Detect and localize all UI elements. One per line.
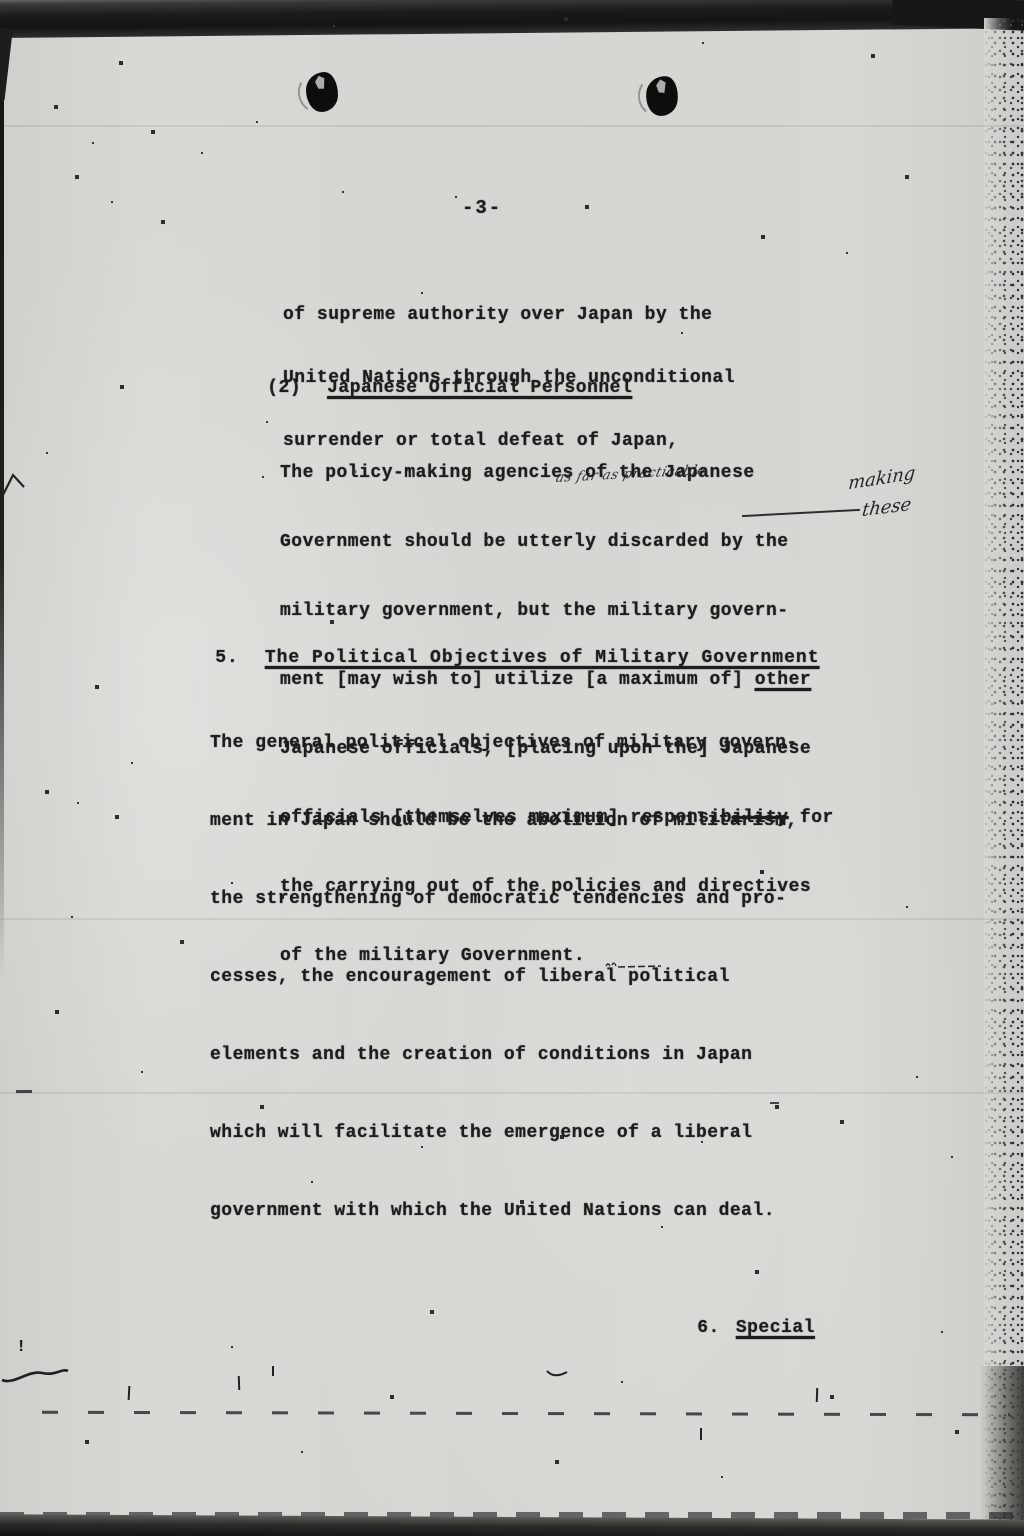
section-number: 6. (697, 1318, 720, 1338)
scan-mark (272, 1366, 274, 1376)
handwritten-curve-mark (545, 1368, 571, 1382)
subsection-heading-japanese-official-personnel: (2)Japanese Official Personnel (222, 358, 632, 418)
scan-noise-specks (0, 0, 2, 2)
scan-scribble-mark (603, 960, 665, 972)
scan-mark (16, 1090, 32, 1093)
scan-mark (238, 1376, 240, 1390)
text-line: government with which the United Nations… (210, 1198, 798, 1224)
scan-artifact-bottom-right-corner (972, 1366, 1024, 1536)
scan-artifact-right-edge (984, 18, 1024, 1536)
perforation-dash-line (42, 1411, 1010, 1417)
scan-artifact-top-band (0, 0, 1024, 38)
paper-fastener-hole-icon (644, 74, 680, 117)
scanned-document-page: -3- of supreme authority over Japan by t… (0, 0, 1024, 1536)
handwritten-ditto-mark: " (352, 468, 358, 482)
text-line: Government should be utterly discarded b… (280, 531, 834, 554)
text-line: The general political objectives of mili… (210, 730, 798, 756)
section-title: Special (736, 1318, 815, 1338)
handwritten-margin-note: making (847, 462, 916, 494)
subsection-number: (2) (267, 378, 301, 398)
scan-artifact-left-blob (0, 28, 13, 100)
scan-mark (700, 1428, 702, 1440)
section-number: 5. (215, 648, 239, 668)
text-line: cesses, the encouragement of liberal pol… (210, 964, 798, 990)
section-heading-special: 6.Special (652, 1298, 815, 1358)
subsection-title: Japanese Official Personnel (327, 378, 632, 398)
handwritten-caret-mark (0, 470, 30, 502)
stray-exclamation-mark: ! (16, 1338, 26, 1357)
page-number: -3- (462, 197, 502, 219)
scan-mark (128, 1386, 131, 1400)
handwritten-ditto-mark: " (404, 466, 410, 480)
paper-crease-line (0, 125, 1024, 127)
text-line: which will facilitate the emergence of a… (210, 1120, 798, 1146)
scan-mark (816, 1388, 818, 1402)
paper-fastener-hole-icon (306, 72, 338, 112)
paragraph-political-objectives: The general political objectives of mili… (210, 678, 798, 1276)
handwritten-swoosh-mark (0, 1358, 72, 1390)
section-title: The Political Objectives of Military Gov… (265, 648, 820, 668)
text-line: military government, but the military go… (280, 600, 834, 623)
handwritten-margin-note: these (861, 494, 913, 521)
text-line: ment in Japan should be the abolition of… (210, 808, 798, 834)
text-line: of supreme authority over Japan by the (283, 305, 735, 326)
text-line: the strengthening of democratic tendenci… (210, 886, 798, 912)
text-line: elements and the creation of conditions … (210, 1042, 798, 1068)
